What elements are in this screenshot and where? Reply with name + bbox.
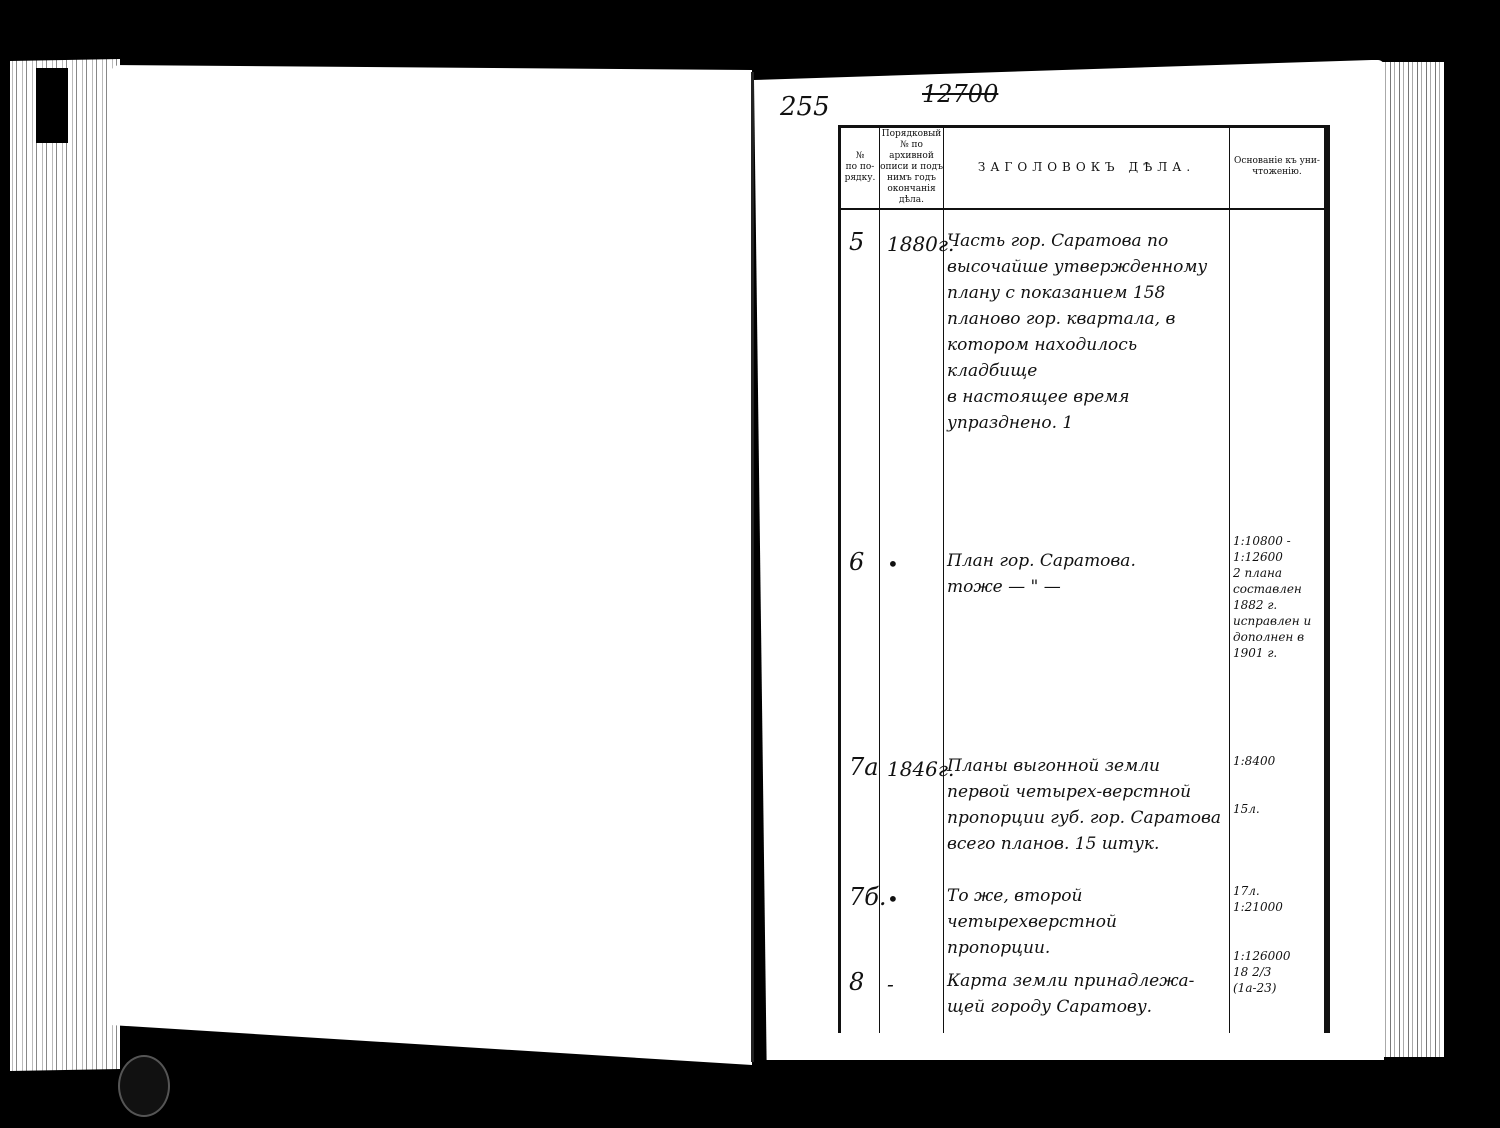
text-line: первой четырех-верстной [947, 779, 1232, 805]
text-line: 1:21000 [1233, 899, 1329, 915]
row-year: - [887, 972, 894, 996]
text-line: То же, второй четырехверстной [947, 883, 1232, 935]
text-line: Карта земли принадлежа- [947, 968, 1232, 994]
row-case-title: То же, второй четырехверстнойпропорции. [947, 883, 1232, 961]
row-number: 8 [849, 968, 864, 996]
text-line: Планы выгонной земли [947, 753, 1232, 779]
header-text: окончанія [880, 184, 943, 195]
text-line: 18 2/3 [1233, 964, 1329, 980]
header-text: описи и подъ [880, 162, 943, 173]
text-line: исправлен и [1233, 613, 1329, 629]
text-line: планово гор. квартала, в [947, 306, 1232, 332]
text-line: дополнен в 1901 г. [1233, 629, 1329, 661]
row-year: 1846г. [887, 757, 954, 781]
row-case-title: Часть гор. Саратова повысочайше утвержде… [947, 228, 1232, 436]
header-text: ЗАГОЛОВОКЪ ДѢЛА. [978, 162, 1195, 173]
row-destruction-note: 1:10800 - 1:126002 планасоставлен1882 г.… [1233, 533, 1329, 661]
header-text: рядку. [845, 173, 876, 184]
text-line: щей городу Саратову. [947, 994, 1232, 1020]
row-year: 1880г. [887, 232, 954, 256]
right-page-edges [1382, 62, 1444, 1057]
text-line: 1:8400 [1233, 753, 1329, 769]
book-clasp [118, 1055, 170, 1117]
text-line: Часть гор. Саратова по [947, 228, 1232, 254]
header-text: чтоженію. [1234, 167, 1320, 178]
header-text: дѣла. [880, 195, 943, 206]
text-line [1233, 785, 1329, 801]
header-row-number: №по по-рядку. [841, 128, 879, 206]
row-destruction-note: 1:12600018 2/3(1а-23) [1233, 948, 1329, 996]
text-line: 2 плана [1233, 565, 1329, 581]
header-destruction-basis: Основаніе къ уни-чтоженію. [1230, 128, 1324, 206]
text-line: составлен [1233, 581, 1329, 597]
text-line: в настоящее время упразднено. 1 [947, 384, 1232, 436]
open-ledger-book: 255 12700 №по по-рядку. Порядковый№ по а… [0, 0, 1500, 1128]
header-text: № [845, 151, 876, 162]
header-text: нимъ годъ [880, 173, 943, 184]
text-line: 1:10800 - 1:12600 [1233, 533, 1329, 565]
text-line: 17л. [1233, 883, 1329, 899]
text-line [1233, 769, 1329, 785]
text-line: План гор. Саратова. [947, 548, 1232, 574]
register-table: №по по-рядку. Порядковый№ по архивнойопи… [838, 125, 1330, 1033]
column-divider [943, 128, 944, 1033]
header-text: № по архивной [880, 140, 943, 162]
row-number: 5 [849, 228, 864, 256]
row-year: • [887, 887, 899, 911]
text-line: плану с показанием 158 [947, 280, 1232, 306]
text-line: тоже — " — [947, 574, 1232, 600]
header-archive-number: Порядковый№ по архивнойописи и подънимъ … [880, 128, 943, 206]
header-separator [841, 208, 1327, 210]
text-line: 1882 г. [1233, 597, 1329, 613]
text-line: всего планов. 15 штук. [947, 831, 1232, 857]
text-line: высочайше утвержденному [947, 254, 1232, 280]
text-line: пропорции. [947, 935, 1232, 961]
text-line: котором находилось кладбище [947, 332, 1232, 384]
folio-number: 255 [780, 92, 830, 122]
header-text: по по- [845, 162, 876, 173]
row-case-title: Планы выгонной землипервой четырех-верст… [947, 753, 1232, 857]
left-page-blank [110, 65, 752, 1065]
row-number: 6 [849, 548, 864, 576]
text-line: 15л. [1233, 801, 1329, 817]
row-year: • [887, 552, 899, 576]
row-case-title: План гор. Саратова.тоже — " — [947, 548, 1232, 600]
row-case-title: Карта земли принадлежа-щей городу Сарато… [947, 968, 1232, 1020]
header-text: Основаніе къ уни- [1234, 156, 1320, 167]
text-line: 1:126000 [1233, 948, 1329, 964]
row-number: 7а [849, 753, 879, 781]
row-destruction-note: 1:8400 15л. [1233, 753, 1329, 817]
text-line: (1а-23) [1233, 980, 1329, 996]
header-case-title: ЗАГОЛОВОКЪ ДѢЛА. [944, 128, 1229, 206]
left-page-edges [10, 59, 120, 1071]
struck-archive-number: 12700 [922, 80, 998, 108]
text-line: пропорции губ. гор. Саратова [947, 805, 1232, 831]
row-number: 7б. [849, 883, 887, 911]
book-gutter [751, 72, 754, 1062]
header-text: Порядковый [880, 129, 943, 140]
row-destruction-note: 17л.1:21000 [1233, 883, 1329, 915]
bookmark-tab [36, 68, 68, 143]
